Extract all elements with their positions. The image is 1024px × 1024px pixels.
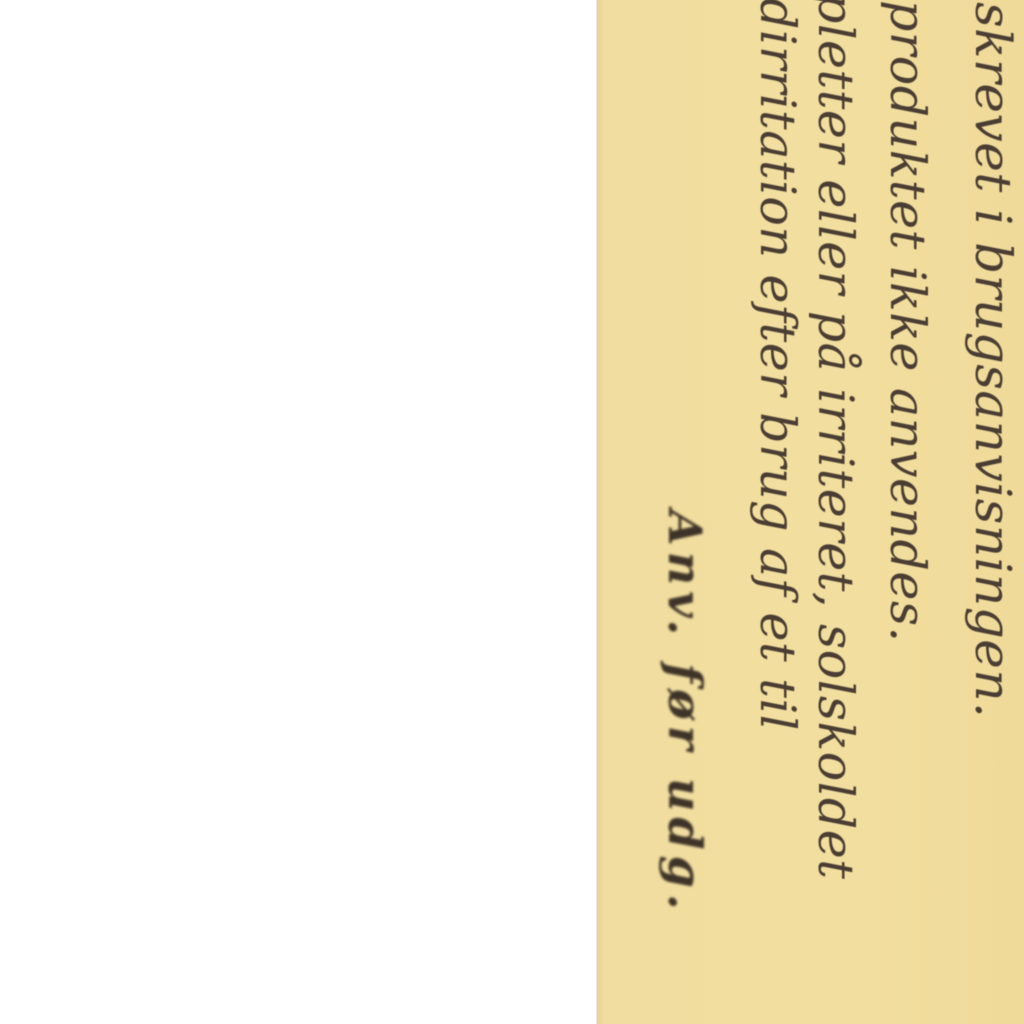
photo-stage: skrevet i brugsanvisningen. produktet ik… <box>0 0 1024 1024</box>
product-label <box>598 0 1024 1024</box>
